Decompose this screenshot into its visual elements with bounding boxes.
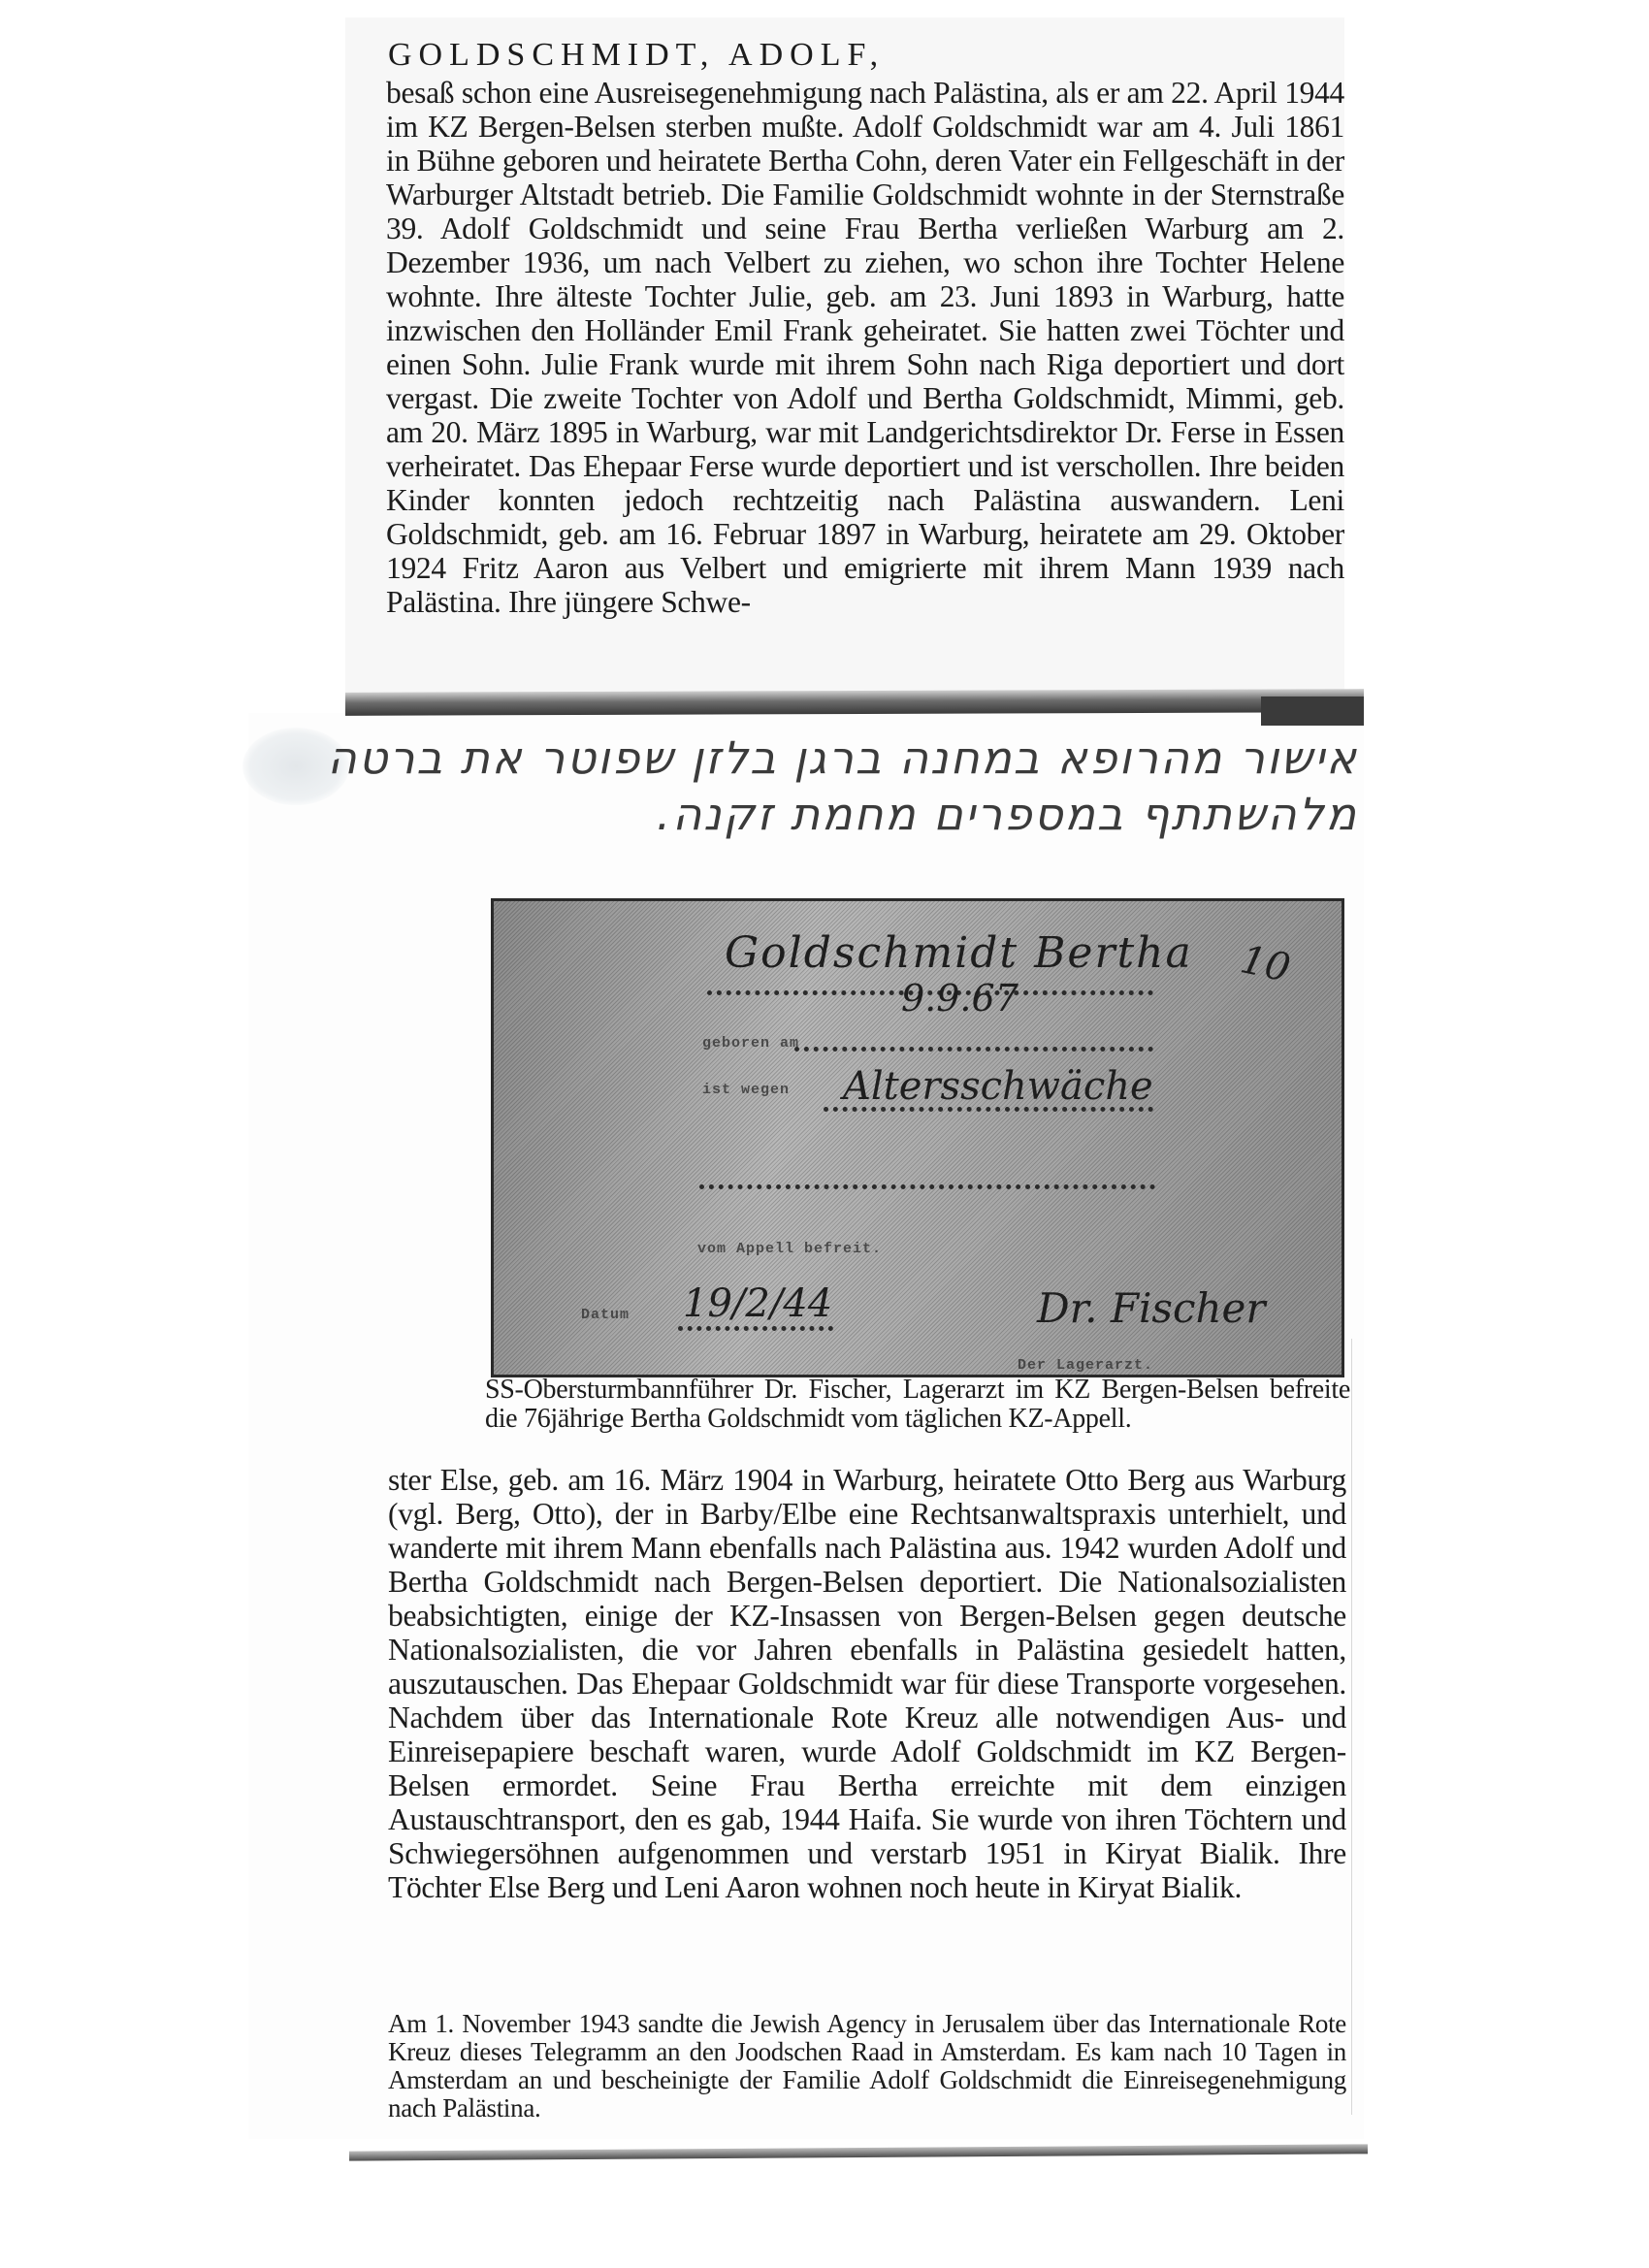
- reason-label: ist wegen: [702, 1082, 790, 1098]
- photo-caption: SS-Obersturmbannführer Dr. Fischer, Lage…: [485, 1376, 1350, 1434]
- certificate-number: 10: [1237, 937, 1294, 991]
- dotted-line: [824, 1107, 1153, 1112]
- paragraph-text: ster Else, geb. am 16. März 1904 in Warb…: [388, 1463, 1346, 1904]
- dotted-line: [794, 1047, 1153, 1052]
- exempt-label: vom Appell befreit.: [697, 1241, 882, 1257]
- torn-edge-shadow: [1261, 697, 1364, 726]
- paragraph-text: besaß schon eine Ausreisegenehmigung nac…: [386, 76, 1344, 619]
- certificate-name: Goldschmidt Bertha: [725, 928, 1193, 978]
- office-label: Der Lagerarzt.: [1018, 1357, 1153, 1374]
- date-label: Datum: [581, 1307, 630, 1323]
- article-headline: GOLDSCHMIDT, ADOLF,: [388, 37, 885, 74]
- appell-exemption-certificate: Goldschmidt Bertha 10 geboren am 9.9.67 …: [491, 898, 1344, 1377]
- torn-edge: [349, 2144, 1368, 2160]
- paragraph-text: Am 1. November 1943 sandte die Jewish Ag…: [388, 2010, 1346, 2122]
- doctor-signature: Dr. Fischer: [1037, 1284, 1265, 1332]
- article-paragraph-2: ster Else, geb. am 16. März 1904 in Warb…: [388, 1463, 1346, 1904]
- telegram-note: Am 1. November 1943 sandte die Jewish Ag…: [388, 2010, 1346, 2122]
- date-value: 19/2/44: [683, 1281, 832, 1326]
- born-label: geboren am: [702, 1035, 799, 1052]
- scan-edge-line: [1351, 1339, 1352, 2115]
- article-paragraph-1: besaß schon eine Ausreisegenehmigung nac…: [386, 76, 1344, 619]
- dotted-line: [678, 1326, 833, 1331]
- handwritten-hebrew-note: אישור מהרופא במחנה ברגן בלזן שפוטר את בר…: [262, 729, 1358, 842]
- dotted-line: [699, 1184, 1155, 1189]
- torn-edge: [345, 689, 1364, 716]
- reason-value: Altersschwäche: [843, 1064, 1153, 1109]
- born-value: 9.9.67: [901, 977, 1018, 1020]
